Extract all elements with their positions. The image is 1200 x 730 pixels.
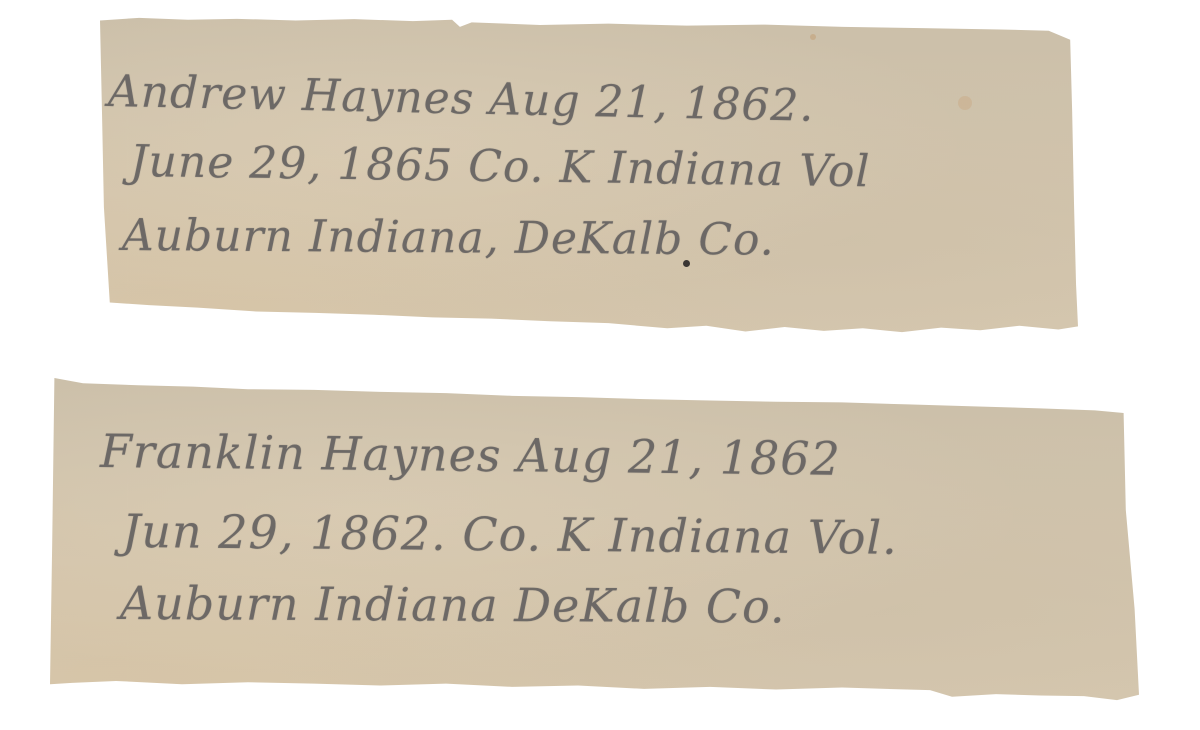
photo-stage: Andrew Haynes Aug 21, 1862. June 29, 186…: [0, 0, 1200, 730]
slip-line-residence: Auburn Indiana, DeKalb Co.: [122, 210, 775, 266]
paper-slip-andrew-haynes: Andrew Haynes Aug 21, 1862. June 29, 186…: [100, 14, 1078, 336]
ink-spot: [683, 260, 690, 267]
paper-stain: [958, 96, 972, 110]
slip-line-residence: Auburn Indiana DeKalb Co.: [120, 576, 786, 633]
slip-line-discharge-company: June 29, 1865 Co. K Indiana Vol: [130, 136, 871, 197]
slip-line-name-enlist-date: Andrew Haynes Aug 21, 1862.: [107, 66, 815, 132]
slip-line-name-enlist-date: Franklin Haynes Aug 21, 1862: [100, 424, 841, 486]
slip-line-discharge-company: Jun 29, 1862. Co. K Indiana Vol.: [122, 504, 898, 565]
paper-slip-franklin-haynes: Franklin Haynes Aug 21, 1862 Jun 29, 186…: [50, 378, 1150, 708]
paper-stain: [810, 34, 816, 40]
